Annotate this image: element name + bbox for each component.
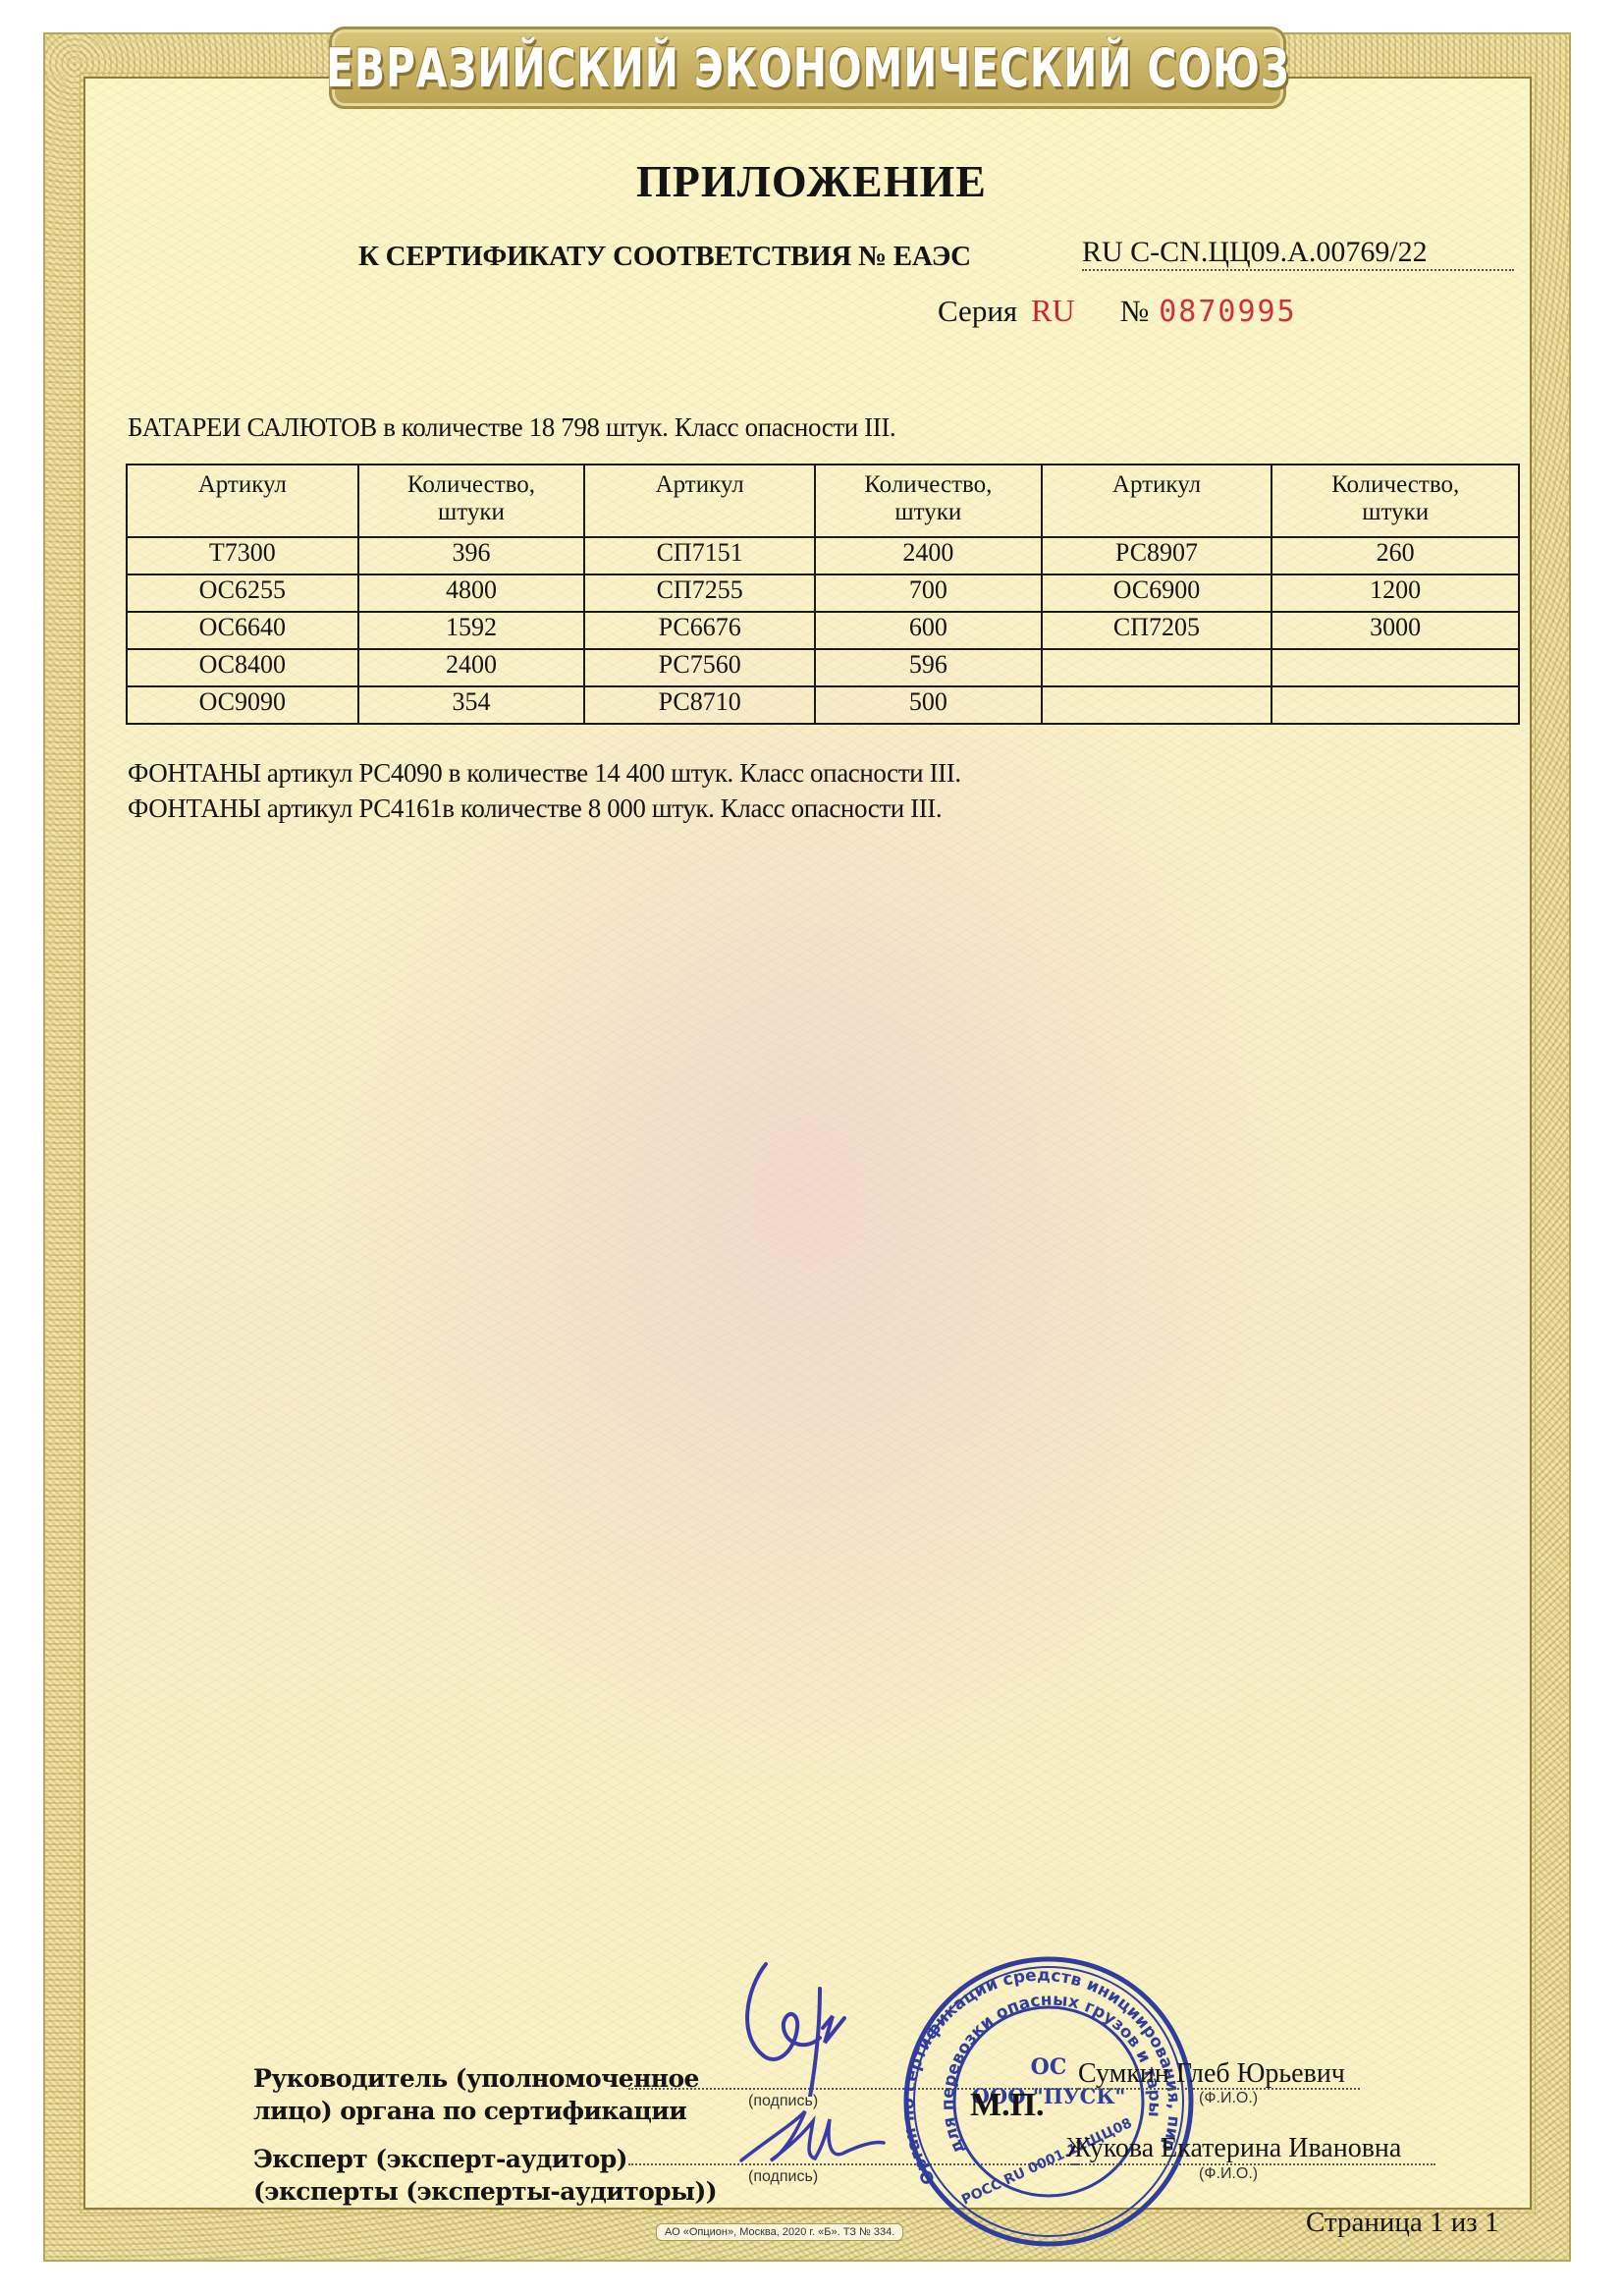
series-value: RU <box>1031 293 1074 328</box>
quantity-cell: 596 <box>815 649 1042 686</box>
series-label: Серия <box>938 294 1017 328</box>
printer-note: АО «Опцион», Москва, 2020 г. «Б». ТЗ № 3… <box>656 2223 903 2241</box>
expert-label-line-1: Эксперт (эксперт-аудитор) <box>253 2143 627 2175</box>
quantity-cell: 260 <box>1271 537 1519 574</box>
banner-title: ЕВРАЗИЙСКИЙ ЭКОНОМИЧЕСКИЙ СОЮЗ <box>326 37 1290 99</box>
organization-stamp: Орган по сертификации средств инициирова… <box>877 1954 1220 2249</box>
article-cell: ОС9090 <box>127 686 358 724</box>
form-number: 0870995 <box>1159 295 1296 329</box>
batteries-table: АртикулКоличество,штукиАртикулКоличество… <box>126 464 1520 725</box>
quantity-cell: 396 <box>358 537 585 574</box>
article-cell: ОС8400 <box>127 649 358 686</box>
expert-signature-caption: (подпись) <box>748 2168 818 2186</box>
fountains-line-2: ФОНТАНЫ артикул РС4161в количестве 8 000… <box>128 793 942 824</box>
article-cell <box>1042 686 1272 724</box>
article-cell: ОС6640 <box>127 612 358 649</box>
quantity-cell: 3000 <box>1271 612 1519 649</box>
table-row: ОС9090354РС8710500 <box>127 686 1519 724</box>
article-cell: ОС6900 <box>1042 574 1272 612</box>
union-banner: ЕВРАЗИЙСКИЙ ЭКОНОМИЧЕСКИЙ СОЮЗ <box>329 27 1286 109</box>
quantity-cell: 500 <box>815 686 1042 724</box>
column-header: Артикул <box>1042 465 1272 537</box>
number-label: № <box>1120 294 1150 328</box>
expert-name: Жукова Екатерина Ивановна <box>1066 2133 1401 2164</box>
table-row: Т7300396СП71512400РС8907260 <box>127 537 1519 574</box>
head-name-caption: (Ф.И.О.) <box>1199 2090 1258 2107</box>
article-cell <box>1042 649 1272 686</box>
fountains-line-1: ФОНТАНЫ артикул РС4090 в количестве 14 4… <box>128 758 961 789</box>
article-cell: СП7255 <box>584 574 815 612</box>
table-header-row: АртикулКоличество,штукиАртикулКоличество… <box>127 465 1519 537</box>
table-row: ОС84002400РС7560596 <box>127 649 1519 686</box>
quantity-cell: 2400 <box>815 537 1042 574</box>
quantity-cell: 1200 <box>1271 574 1519 612</box>
column-header: Артикул <box>584 465 815 537</box>
batteries-intro: БАТАРЕИ САЛЮТОВ в количестве 18 798 штук… <box>128 412 895 443</box>
stamp-center-line-1: ОС <box>1031 2054 1067 2080</box>
seal-place-label: М.П. <box>970 2087 1045 2124</box>
column-header: Артикул <box>127 465 358 537</box>
article-cell: ОС6255 <box>127 574 358 612</box>
expert-label-line-2: (эксперты (эксперты-аудиторы)) <box>253 2175 717 2208</box>
table-row: ОС66401592РС6676600СП72053000 <box>127 612 1519 649</box>
quantity-cell: 4800 <box>358 574 585 612</box>
quantity-cell: 1592 <box>358 612 585 649</box>
expert-name-caption: (Ф.И.О.) <box>1199 2165 1258 2183</box>
article-cell: СП7151 <box>584 537 815 574</box>
column-header: Количество,штуки <box>815 465 1042 537</box>
expert-signature <box>736 2102 893 2170</box>
page-number: Страница 1 из 1 <box>1306 2207 1499 2239</box>
quantity-cell: 354 <box>358 686 585 724</box>
article-cell: РС6676 <box>584 612 815 649</box>
column-header: Количество,штуки <box>1271 465 1519 537</box>
table-body: Т7300396СП71512400РС8907260ОС62554800СП7… <box>127 537 1519 724</box>
head-label-line-2: лицо) органа по сертификации <box>253 2095 686 2127</box>
head-label-line-1: Руководитель (уполномоченное <box>253 2062 699 2095</box>
guilloche-panel <box>83 77 1532 2210</box>
quantity-cell: 2400 <box>358 649 585 686</box>
quantity-cell <box>1271 649 1519 686</box>
head-signature <box>727 1949 893 2097</box>
quantity-cell: 700 <box>815 574 1042 612</box>
article-cell: РС8907 <box>1042 537 1272 574</box>
column-header: Количество,штуки <box>358 465 585 537</box>
head-name: Сумкин Глеб Юрьевич <box>1078 2058 1345 2090</box>
table-row: ОС62554800СП7255700ОС69001200 <box>127 574 1519 612</box>
page-title: ПРИЛОЖЕНИЕ <box>0 155 1623 207</box>
article-cell: РС8710 <box>584 686 815 724</box>
certificate-number: RU C-CN.ЦЦ09.А.00769/22 <box>1082 236 1514 271</box>
series-row: СерияRU№0870995 <box>938 293 1297 329</box>
quantity-cell <box>1271 686 1519 724</box>
article-cell: СП7205 <box>1042 612 1272 649</box>
quantity-cell: 600 <box>815 612 1042 649</box>
article-cell: Т7300 <box>127 537 358 574</box>
article-cell: РС7560 <box>584 649 815 686</box>
certificate-subtitle: К СЕРТИФИКАТУ СООТВЕТСТВИЯ № ЕАЭС <box>358 241 971 273</box>
